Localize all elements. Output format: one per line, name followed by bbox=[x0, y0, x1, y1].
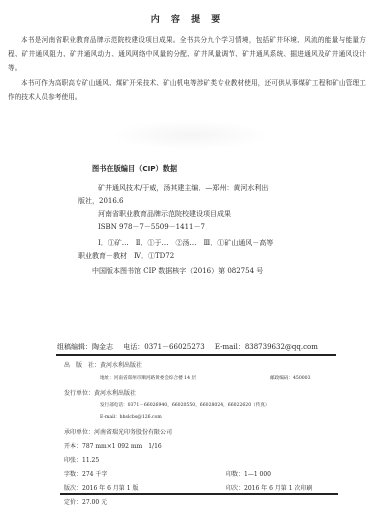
cip-classification-1: Ⅰ．①矿… Ⅱ．①于… ②汤… Ⅲ．①矿山通风－高等 bbox=[98, 238, 273, 248]
distributor-email: E-mail：hhslcbs@126.com bbox=[100, 414, 162, 420]
top-rule bbox=[56, 354, 336, 356]
distributor: 发行单位：黄河水利出版社 bbox=[64, 388, 136, 397]
cip-line-1: 矿井通风技术/于威，汤其建主编．—郑州：黄河水利出 bbox=[98, 183, 268, 193]
word-count: 字数：274 千字 bbox=[64, 469, 107, 478]
edition: 版次：2016 年 6 月第 1 版 bbox=[64, 483, 138, 492]
distributor-phone: 发行部电话：0371－66026940，66020550，66028024，66… bbox=[100, 402, 270, 408]
printing: 印次：2016 年 6 月第 1 次印刷 bbox=[226, 483, 312, 492]
summary-paragraph-1: 本书是河南省职业教育品牌示范院校建设项目成果。全书共分九个学习情境，包括矿井环境… bbox=[8, 33, 366, 76]
editor-name: 组稿编辑：陶金志 bbox=[57, 343, 113, 351]
faint-watermark bbox=[110, 120, 270, 150]
book-format: 开本：787 mm×1 092 mm 1/16 bbox=[64, 441, 162, 450]
printed-sheets: 印张：11.25 bbox=[64, 455, 99, 464]
cip-classification-2: 职业教育－教材 Ⅳ．①TD72 bbox=[78, 251, 174, 261]
editor-email: E-mail：838739632@qq.com bbox=[215, 343, 318, 351]
printer: 承印单位：河南省瑞光印务股份有限公司 bbox=[64, 427, 172, 436]
print-run: 印数：1—1 000 bbox=[226, 469, 271, 478]
publisher-address: 地址：河南省郑州市顺河路黄委会综合楼 14 层 bbox=[100, 375, 196, 381]
publisher: 出 版 社：黄河水利出版社 bbox=[64, 360, 142, 369]
summary-paragraph-2: 本书可作为高职高专矿山通风、煤矿开采技术、矿山机电等涉矿类专业教材使用，还可供从… bbox=[8, 76, 366, 104]
postcode: 邮政编码：450003 bbox=[270, 375, 311, 381]
price: 定价：27.00 元 bbox=[64, 497, 107, 506]
editor-line: 组稿编辑：陶金志 电话：0371－66025273 E-mail：8387396… bbox=[57, 342, 318, 352]
cip-heading: 图书在版编目（CIP）数据 bbox=[92, 164, 177, 174]
cip-isbn: ISBN 978－7－5509－1411－7 bbox=[98, 222, 205, 232]
cip-registration: 中国版本图书馆 CIP 数据核字（2016）第 082754 号 bbox=[92, 266, 263, 276]
bottom-rule bbox=[60, 493, 338, 495]
cip-line-2: 版社，2016.6 bbox=[78, 196, 124, 206]
cip-line-3: 河南省职业教育品牌示范院校建设项目成果 bbox=[98, 209, 231, 219]
summary-heading: 内 容 提 要 bbox=[0, 12, 375, 25]
editor-phone: 电话：0371－66025273 bbox=[123, 343, 204, 351]
